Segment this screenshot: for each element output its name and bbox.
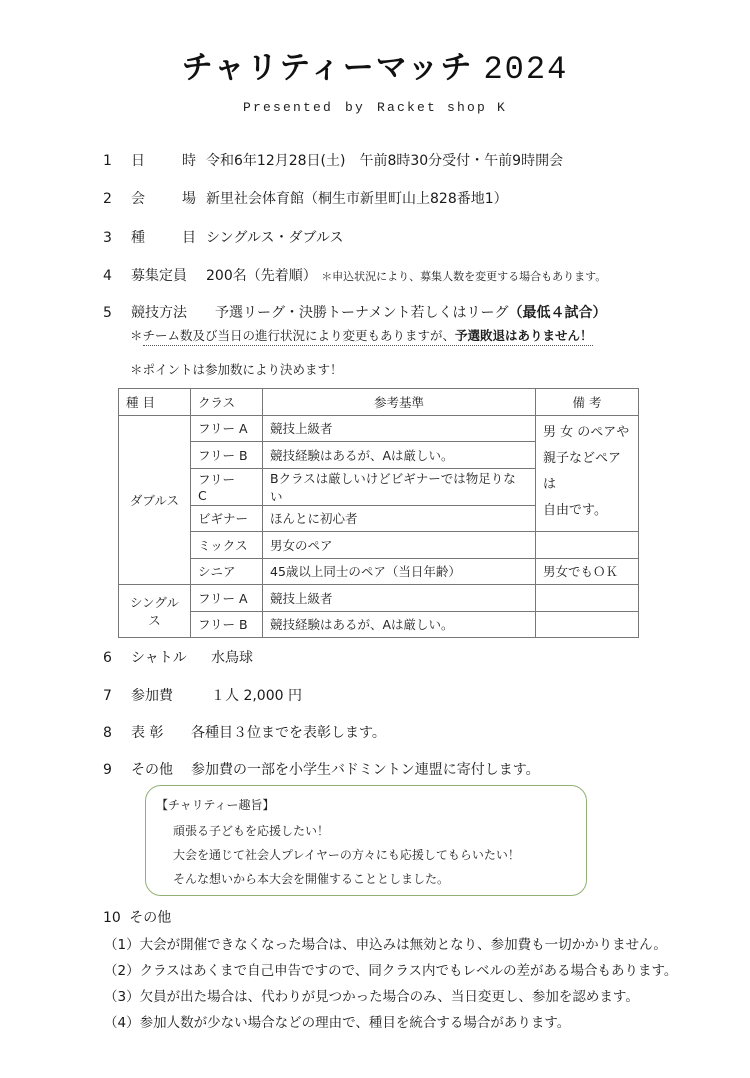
item-label: 競技方法 bbox=[131, 302, 215, 322]
document-subtitle: PresentedbyRacket shop K bbox=[0, 100, 750, 115]
remark-cell: 男女でもＯＫ bbox=[536, 558, 639, 585]
item-value: 200名（先着順） bbox=[206, 268, 317, 284]
item-label: シャトル bbox=[131, 647, 211, 667]
item-venue: 2会場新里社会体育館（桐生市新里町山上828番地1） bbox=[103, 188, 508, 208]
item-value: 参加費の一部を小学生バドミントン連盟に寄付します。 bbox=[191, 762, 540, 778]
item-label: 会場 bbox=[131, 188, 206, 208]
item-value: 予選リーグ・決勝トーナメント若しくはリーグ bbox=[215, 305, 508, 321]
criteria-cell: Bクラスは厳しいけどビギナーでは物足りない bbox=[263, 468, 536, 505]
class-cell: ビギナー bbox=[191, 505, 263, 532]
remark-merged: 男 女 のペアや 親子などペアは 自由です。 bbox=[536, 415, 639, 532]
item-label: 参加費 bbox=[131, 685, 211, 705]
item-shuttle: 6シャトル水鳥球 bbox=[103, 647, 253, 667]
header-event: 種 目 bbox=[119, 389, 191, 416]
class-cell: シニア bbox=[191, 558, 263, 585]
subtitle-by: by bbox=[345, 100, 365, 115]
item-number: 1 bbox=[103, 153, 131, 169]
item-number: 2 bbox=[103, 191, 131, 207]
item-value: １人 2,000 円 bbox=[211, 688, 302, 704]
item-number: 7 bbox=[103, 688, 131, 704]
item-label: その他 bbox=[131, 759, 191, 779]
header-remarks: 備 考 bbox=[536, 389, 639, 416]
item-label: 日時 bbox=[131, 150, 206, 170]
item-value: 新里社会体育館（桐生市新里町山上828番地1） bbox=[206, 191, 508, 207]
criteria-cell: 競技上級者 bbox=[263, 585, 536, 612]
title-text: チャリティーマッチ bbox=[182, 50, 474, 86]
remark-cell bbox=[536, 611, 639, 638]
criteria-cell: ほんとに初心者 bbox=[263, 505, 536, 532]
item-number: 5 bbox=[103, 305, 131, 321]
document-title: チャリティーマッチ2024 bbox=[0, 42, 750, 88]
charity-heading: 【チャリティー趣旨】 bbox=[156, 796, 274, 813]
other-note-4: （4）参加人数が少ない場合などの理由で、種目を統合する場合があります。 bbox=[104, 1011, 570, 1031]
class-cell: フリー B bbox=[191, 442, 263, 469]
item-date: 1日時令和6年12月28日(土) 午前8時30分受付・午前9時開会 bbox=[103, 150, 563, 170]
charity-purpose-box: 【チャリティー趣旨】 頑張る子どもを応援したい！ 大会を通じて社会人プレイヤーの… bbox=[145, 785, 587, 896]
subtitle-shop: Racket shop K bbox=[377, 100, 507, 115]
criteria-cell: 競技経験はあるが、Aは厳しい。 bbox=[263, 611, 536, 638]
item-value: 各種目３位までを表彰します。 bbox=[191, 725, 386, 741]
other-note-2: （2）クラスはあくまで自己申告ですので、同クラス内でもレベルの差がある場合もあり… bbox=[104, 959, 677, 979]
other-note-3: （3）欠員が出た場合は、代わりが見つかった場合のみ、当日変更し、参加を認めます。 bbox=[104, 985, 639, 1005]
item-label: 募集定員 bbox=[131, 265, 206, 285]
item-number: 10 bbox=[103, 910, 121, 926]
class-cell: フリー A bbox=[191, 585, 263, 612]
item-awards: 8表 彰各種目３位までを表彰します。 bbox=[103, 722, 386, 742]
other-note-1: （1）大会が開催できなくなった場合は、申込みは無効となり、参加費も一切かかりませ… bbox=[104, 933, 667, 953]
table-header-row: 種 目 クラス 参考基準 備 考 bbox=[119, 389, 639, 416]
subtitle-presented: Presented bbox=[243, 100, 333, 115]
format-note-1: ＊チーム数及び当日の進行状況により変更もありますが、予選敗退はありません！ bbox=[130, 326, 593, 344]
criteria-cell: 競技経験はあるが、Aは厳しい。 bbox=[263, 442, 536, 469]
item-label: 表 彰 bbox=[131, 722, 191, 742]
item-fee: 7参加費１人 2,000 円 bbox=[103, 685, 302, 705]
criteria-cell: 競技上級者 bbox=[263, 415, 536, 442]
remark-cell bbox=[536, 532, 639, 559]
table-row: シングルス フリー A 競技上級者 bbox=[119, 585, 639, 612]
item-format: 5競技方法予選リーグ・決勝トーナメント若しくはリーグ（最低４試合） bbox=[103, 302, 606, 322]
class-cell: フリー B bbox=[191, 611, 263, 638]
format-note-2: ＊ポイントは参加数により決めます！ bbox=[130, 360, 343, 378]
item-number: 6 bbox=[103, 650, 131, 666]
criteria-cell: 男女のペア bbox=[263, 532, 536, 559]
table-row: ミックス 男女のペア bbox=[119, 532, 639, 559]
class-cell: フリー A bbox=[191, 415, 263, 442]
item-events: 3種目シングルス・ダブルス bbox=[103, 227, 344, 247]
item-number: 8 bbox=[103, 725, 131, 741]
charity-line: そんな想いから本大会を開催することとしました。 bbox=[173, 870, 449, 887]
item-label: その他 bbox=[129, 910, 171, 926]
class-table: 種 目 クラス 参考基準 備 考 ダブルス フリー A 競技上級者 男 女 のペ… bbox=[118, 388, 639, 638]
item-value-bold: （最低４試合） bbox=[508, 305, 606, 321]
item-number: 4 bbox=[103, 268, 131, 284]
item-value: 令和6年12月28日(土) 午前8時30分受付・午前9時開会 bbox=[206, 153, 563, 169]
category-doubles: ダブルス bbox=[119, 415, 191, 585]
item-note: ＊申込状況により、募集人数を変更する場合もあります。 bbox=[321, 270, 606, 283]
header-criteria: 参考基準 bbox=[263, 389, 536, 416]
item-value: 水鳥球 bbox=[211, 650, 253, 666]
class-cell: ミックス bbox=[191, 532, 263, 559]
item-value: シングルス・ダブルス bbox=[206, 230, 344, 246]
section-other: 10 その他 bbox=[103, 907, 171, 927]
class-cell: フリー C bbox=[191, 468, 263, 505]
charity-line: 頑張る子どもを応援したい！ bbox=[173, 822, 329, 839]
header-class: クラス bbox=[191, 389, 263, 416]
charity-line: 大会を通じて社会人プレイヤーの方々にも応援してもらいたい！ bbox=[173, 846, 520, 863]
criteria-cell: 45歳以上同士のペア（当日年齢） bbox=[263, 558, 536, 585]
title-year: 2024 bbox=[483, 51, 568, 88]
remark-cell bbox=[536, 585, 639, 612]
category-singles: シングルス bbox=[119, 585, 191, 638]
table-row: フリー B 競技経験はあるが、Aは厳しい。 bbox=[119, 611, 639, 638]
item-label: 種目 bbox=[131, 227, 206, 247]
table-row: シニア 45歳以上同士のペア（当日年齢） 男女でもＯＫ bbox=[119, 558, 639, 585]
item-number: 9 bbox=[103, 762, 131, 778]
table-row: ダブルス フリー A 競技上級者 男 女 のペアや 親子などペアは 自由です。 bbox=[119, 415, 639, 442]
item-other: 9その他参加費の一部を小学生バドミントン連盟に寄付します。 bbox=[103, 759, 540, 779]
item-capacity: 4募集定員200名（先着順） ＊申込状況により、募集人数を変更する場合もあります… bbox=[103, 265, 606, 285]
item-number: 3 bbox=[103, 230, 131, 246]
